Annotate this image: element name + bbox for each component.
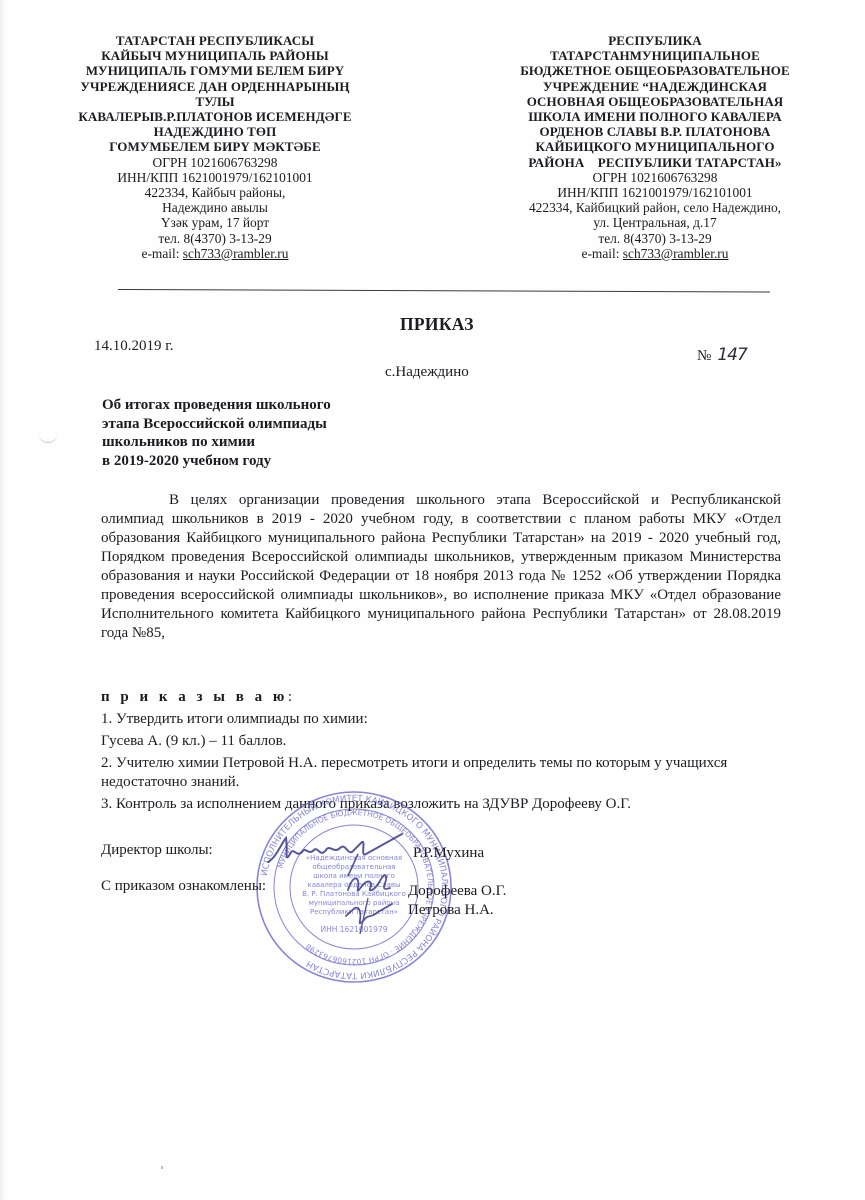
header-right-line: ТАТАРСТАНМУНИЦИПАЛЬНОЕ	[505, 48, 805, 63]
order-heading: п р и к а з ы в а ю:	[101, 686, 761, 708]
acquainted-name: Дорофеева О.Г.	[408, 882, 506, 901]
subject-line: в 2019-2020 учебном году	[102, 452, 402, 471]
email-link[interactable]: sch733@rambler.ru	[183, 246, 289, 261]
document-subject: Об итогах проведения школьного этапа Все…	[102, 396, 402, 470]
header-left-line: МУНИЦИПАЛЬ ГОМУМИ БЕЛЕМ БИРҮ	[70, 63, 360, 78]
subject-line: этапа Всероссийской олимпиады	[102, 415, 402, 434]
document-title: ПРИКАЗ	[400, 314, 474, 335]
acquainted-name: Петрова Н.А.	[408, 901, 506, 920]
header-left-address-2: Надеждино авылы	[70, 200, 360, 215]
scan-speck	[161, 1166, 163, 1169]
preamble-paragraph: В целях организации проведения школьного…	[101, 491, 781, 643]
header-right-line: КАЙБИЦКОГО МУНИЦИПАЛЬНОГО	[505, 139, 805, 154]
email-label: e-mail:	[142, 246, 183, 261]
email-link[interactable]: sch733@rambler.ru	[623, 246, 729, 261]
number-label: №	[697, 348, 711, 364]
header-left-address-1: 422334, Кайбыч районы,	[70, 185, 360, 200]
header-separator-line	[118, 289, 770, 293]
document-date: 14.10.2019 г.	[94, 338, 173, 355]
header-right-ogrn: ОГРН 1021606763298	[505, 170, 805, 185]
header-left-tatar: ТАТАРСТАН РЕСПУБЛИКАСЫ КАЙБЫЧ МУНИЦИПАЛЬ…	[70, 33, 360, 261]
header-left-phone: тел. 8(4370) 3-13-29	[70, 231, 360, 246]
header-right-phone: тел. 8(4370) 3-13-29	[505, 231, 805, 246]
document-number: №147	[697, 345, 747, 365]
header-right-russian: РЕСПУБЛИКА ТАТАРСТАНМУНИЦИПАЛЬНОЕ БЮДЖЕТ…	[505, 33, 805, 261]
acquainted-names: Дорофеева О.Г. Петрова Н.А.	[408, 882, 506, 920]
header-left-ogrn: ОГРН 1021606763298	[70, 155, 360, 170]
document-place: с.Надеждино	[385, 364, 469, 381]
subject-line: школьников по химии	[102, 433, 402, 452]
email-label: e-mail:	[582, 246, 623, 261]
header-right-line: БЮДЖЕТНОЕ ОБЩЕОБРАЗОВАТЕЛЬНОЕ	[505, 63, 805, 78]
order-item-result: Гусева А. (9 кл.) – 11 баллов.	[101, 730, 761, 752]
header-left-line: ГОМУМБЕЛЕМ БИРҮ МӘКТӘБЕ	[70, 139, 360, 154]
header-right-inn-kpp: ИНН/КПП 1621001979/162101001	[505, 185, 805, 200]
header-left-address-3: Үзәк урам, 17 йорт	[70, 215, 360, 230]
director-name: Р.Р.Мухина	[413, 845, 484, 862]
header-left-line: КАЙБЫЧ МУНИЦИПАЛЬ РАЙОНЫ	[70, 48, 360, 63]
header-left-inn-kpp: ИНН/КПП 1621001979/162101001	[70, 170, 360, 185]
order-colon: :	[288, 689, 292, 705]
order-word: п р и к а з ы в а ю	[101, 689, 288, 705]
header-left-email-row: e-mail: sch733@rambler.ru	[70, 246, 360, 261]
binder-hole-mark	[38, 428, 58, 443]
order-item-2: 2. Учителю химии Петровой Н.А. пересмотр…	[101, 752, 761, 793]
header-right-line: ОСНОВНАЯ ОБЩЕОБРАЗОВАТЕЛЬНАЯ	[505, 94, 805, 109]
header-right-address-1: 422334, Кайбицкий район, село Надеждино,	[505, 200, 805, 215]
header-left-line: НАДЕЖДИНО ТӨП	[70, 124, 360, 139]
header-left-line: ТАТАРСТАН РЕСПУБЛИКАСЫ	[70, 33, 360, 48]
scan-edge-shadow	[0, 0, 6, 1200]
header-right-line: ОРДЕНОВ СЛАВЫ В.Р. ПЛАТОНОВА	[505, 124, 805, 139]
header-right-email-row: e-mail: sch733@rambler.ru	[505, 246, 805, 261]
header-right-line: ШКОЛА ИМЕНИ ПОЛНОГО КАВАЛЕРА	[505, 109, 805, 124]
director-label: Директор школы:	[101, 842, 213, 859]
header-left-line: УЧРЕЖДЕНИЯСЕ ДАН ОРДЕННАРЫНЫҢ ТУЛЫ	[70, 79, 360, 109]
header-right-line: РЕСПУБЛИКА	[505, 33, 805, 48]
header-left-line: КАВАЛЕРЫВ.Р.ПЛАТОНОВ ИСЕМЕНДӘГЕ	[70, 109, 360, 124]
acquaintance-signatures-icon	[338, 868, 398, 938]
header-right-line: УЧРЕЖДЕНИЕ “НАДЕЖДИНСКАЯ	[505, 79, 805, 94]
scanned-page: ТАТАРСТАН РЕСПУБЛИКАСЫ КАЙБЫЧ МУНИЦИПАЛЬ…	[0, 0, 865, 1200]
acquainted-label: С приказом ознакомлены:	[101, 878, 266, 895]
handwritten-number: 147	[717, 345, 746, 365]
header-right-address-2: ул. Центральная, д.17	[505, 215, 805, 230]
subject-line: Об итогах проведения школьного	[102, 396, 402, 415]
preamble-text: В целях организации проведения школьного…	[101, 492, 781, 641]
header-right-line: РАЙОНА РЕСПУБЛИКИ ТАТАРСТАН»	[505, 155, 805, 170]
order-item-1: 1. Утвердить итоги олимпиады по химии:	[101, 708, 761, 730]
